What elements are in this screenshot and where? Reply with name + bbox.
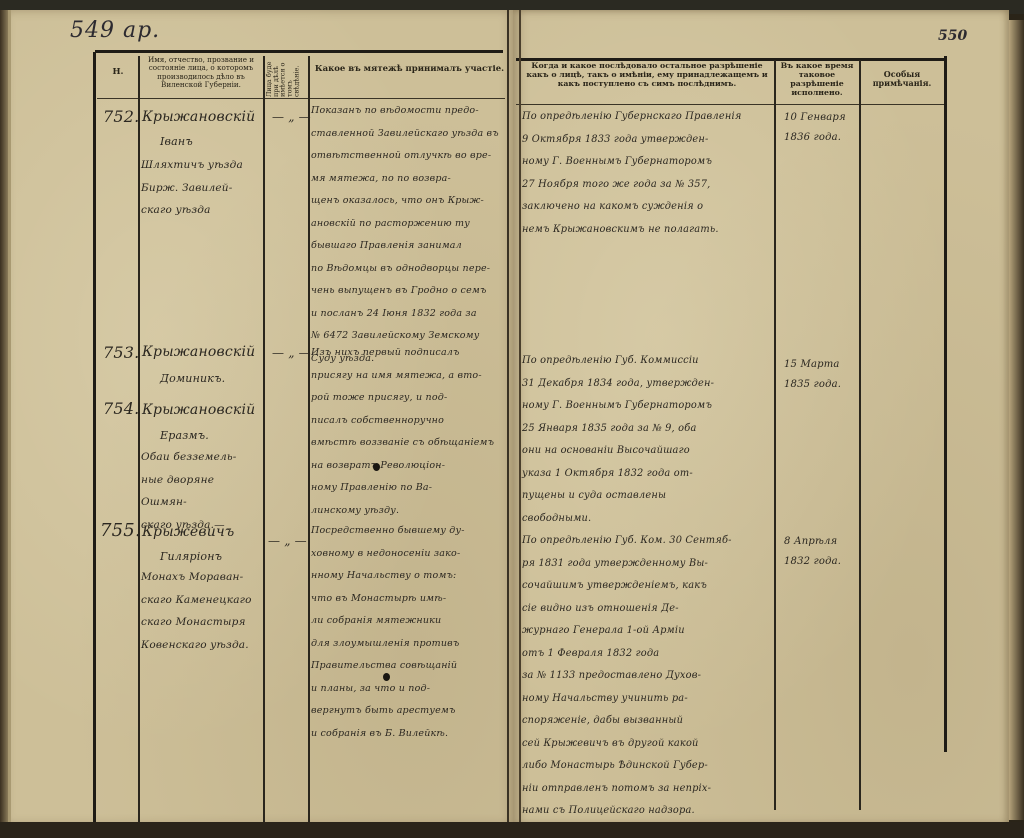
col-rule-property: [308, 56, 310, 822]
entry-755-executed: 8 Апрѣля 1832 года.: [784, 532, 858, 572]
ink-blot: [373, 463, 380, 471]
entry-752-surname: Крыжановскій: [142, 107, 255, 127]
header-bottom-rule-left: [97, 98, 505, 99]
entry-753-participation: Изъ нихъ первый подписалъ присягу на имя…: [311, 342, 509, 522]
header-property: Лица буде при дѣлѣ имѣется о томъ свѣдѣн…: [266, 55, 306, 97]
entry-754-given-name: Еразмъ.: [160, 425, 209, 448]
ink-blot: [383, 673, 390, 681]
entry-753-surname: Крыжановскій: [142, 342, 255, 362]
entry-752-executed: 10 Генваря 1836 года.: [784, 108, 858, 148]
right-table-border: [944, 56, 947, 752]
header-executed: Въ какое время таковое разрѣшеніе исполн…: [776, 62, 858, 98]
entry-752-property: — „ —: [272, 106, 311, 129]
entry-752-resolution: По опредѣленію Губернскаго Правленія 9 О…: [522, 106, 774, 241]
entry-753-property: — „ —: [272, 342, 311, 365]
entry-755-status: Монахъ Мораван- скаго Каменецкаго скаго …: [141, 566, 261, 656]
header-participation: Какое въ мятежѣ принималъ участіе.: [312, 65, 507, 75]
header-number: Н.: [100, 68, 136, 78]
entry-752-number: 752.: [103, 108, 139, 126]
header-person: Имя, отчество, прозвание и состояніе лиц…: [141, 56, 261, 89]
entry-754-surname: Крыжановскій: [142, 400, 255, 420]
col-rule-person: [263, 56, 265, 822]
header-top-rule-left: [95, 50, 503, 53]
entry-755-number: 755.: [100, 522, 141, 540]
col-rule-number: [138, 56, 140, 822]
entry-754-number: 754.: [103, 400, 139, 418]
right-page-edge: [1009, 20, 1024, 820]
entry-753-given-name: Доминикъ.: [160, 368, 225, 391]
entry-755-property: — „ —: [268, 530, 307, 553]
entry-752-participation: Показанъ по вѣдомости предо- ставленной …: [311, 100, 509, 370]
col-rule-resolution: [774, 60, 776, 810]
entry-752-status: Шляхтичъ уѣзда Бирж. Завилей- скаго уѣзд…: [141, 154, 261, 222]
header-bottom-rule-right: [516, 104, 944, 105]
col-rule-gutter-right: [519, 10, 521, 822]
header-resolution: Когда и какое послѣдовало остальное разр…: [522, 62, 772, 89]
left-table-border: [93, 52, 96, 822]
entry-755-surname: Крыжевичъ: [142, 522, 234, 542]
book-binding-bottom: [0, 822, 1024, 838]
entry-752-given-name: Іванъ: [160, 131, 193, 154]
entry-753-resolution: По опредѣленію Губ. Коммиссіи 31 Декабря…: [522, 350, 774, 530]
header-notes: Особыя примѣчанія.: [861, 70, 943, 88]
entry-755-resolution: По опредѣленію Губ. Ком. 30 Сентяб- ря 1…: [522, 530, 774, 823]
folio-number-right: 550: [938, 28, 967, 44]
entry-753-executed: 15 Марта 1835 года.: [784, 355, 858, 395]
entry-755-participation: Посредственно бывшему ду- ховному в недо…: [311, 520, 509, 745]
col-rule-executed: [859, 60, 861, 810]
entry-753-number: 753.: [103, 344, 139, 362]
folio-number-left: 549 ap.: [70, 18, 160, 43]
